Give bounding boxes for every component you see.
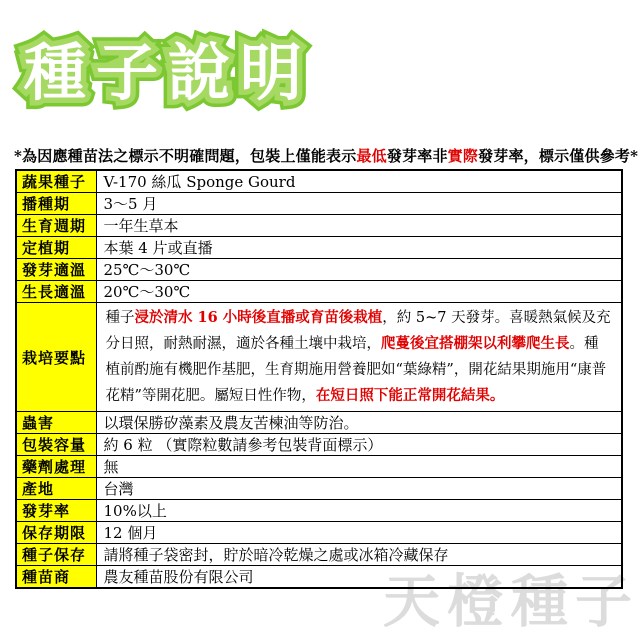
cultivation-highlight-shortday: 在短日照下能正常開花結果。 bbox=[316, 387, 505, 404]
row-value: 以環保勝矽藻素及農友苦楝油等防治。 bbox=[96, 412, 622, 434]
table-row-growth-cycle: 生育週期 一年生草本 bbox=[16, 215, 622, 237]
cultivation-highlight-trellis: 爬蔓後宜搭棚架以利攀爬生長 bbox=[381, 335, 570, 352]
table-row-germination-rate: 發芽率 10%以上 bbox=[16, 500, 622, 522]
row-label: 播種期 bbox=[16, 193, 96, 215]
table-row-seed-company: 種苗商 農友種苗股份有限公司 bbox=[16, 566, 622, 589]
row-label: 蔬果種子 bbox=[16, 170, 96, 193]
row-label: 生長適溫 bbox=[16, 281, 96, 303]
row-label: 生育週期 bbox=[16, 215, 96, 237]
row-value: 本葉 4 片或直播 bbox=[96, 237, 622, 259]
table-row-sowing-period: 播種期 3～5 月 bbox=[16, 193, 622, 215]
table-row-seed-storage: 種子保存 請將種子袋密封，貯於暗冷乾燥之處或冰箱冷藏保存 bbox=[16, 544, 622, 566]
table-row-chemical-treatment: 藥劑處理 無 bbox=[16, 456, 622, 478]
row-value: 20℃～30℃ bbox=[96, 281, 622, 303]
row-value: 約 6 粒 （實際粒數請參考包裝背面標示） bbox=[96, 434, 622, 456]
table-row-germination-temp: 發芽適溫 25℃～30℃ bbox=[16, 259, 622, 281]
row-label: 種苗商 bbox=[16, 566, 96, 589]
row-label: 栽培要點 bbox=[16, 303, 96, 412]
row-value: 12 個月 bbox=[96, 522, 622, 544]
row-value: 25℃～30℃ bbox=[96, 259, 622, 281]
germination-notice: *為因應種苗法之標示不明確問題，包裝上僅能表示最低發芽率非實際發芽率，標示僅供參… bbox=[14, 146, 630, 167]
row-value: 3～5 月 bbox=[96, 193, 622, 215]
notice-text: 發芽率，標示僅供參考* bbox=[478, 147, 638, 165]
row-label: 發芽率 bbox=[16, 500, 96, 522]
table-row-shelf-life: 保存期限 12 個月 bbox=[16, 522, 622, 544]
row-label: 定植期 bbox=[16, 237, 96, 259]
table-row-vegetable-seed: 蔬果種子 V-170 絲瓜 Sponge Gourd bbox=[16, 170, 622, 193]
table-row-cultivation-points: 栽培要點 種子浸於清水 16 小時後直播或育苗後栽植，約 5~7 天發芽。喜暖熱… bbox=[16, 303, 622, 412]
notice-highlight-minimum: 最低 bbox=[356, 147, 386, 165]
row-value: 農友種苗股份有限公司 bbox=[96, 566, 622, 589]
row-value: 無 bbox=[96, 456, 622, 478]
table-row-origin: 產地 台灣 bbox=[16, 478, 622, 500]
row-value: 台灣 bbox=[96, 478, 622, 500]
page-title: 種子說明 種子說明 種子說明 bbox=[24, 30, 312, 116]
row-label: 藥劑處理 bbox=[16, 456, 96, 478]
row-value: 10%以上 bbox=[96, 500, 622, 522]
row-value: 請將種子袋密封，貯於暗冷乾燥之處或冰箱冷藏保存 bbox=[96, 544, 622, 566]
table-row-package-quantity: 包裝容量 約 6 粒 （實際粒數請參考包裝背面標示） bbox=[16, 434, 622, 456]
row-label: 蟲害 bbox=[16, 412, 96, 434]
notice-text: *為因應種苗法之標示不明確問題，包裝上僅能表示 bbox=[14, 147, 356, 165]
row-value: 一年生草本 bbox=[96, 215, 622, 237]
table-row-transplant-period: 定植期 本葉 4 片或直播 bbox=[16, 237, 622, 259]
page-title-text: 種子說明 bbox=[24, 36, 312, 109]
table-row-growing-temp: 生長適溫 20℃～30℃ bbox=[16, 281, 622, 303]
cultivation-text: 種子 bbox=[106, 310, 135, 326]
row-label: 種子保存 bbox=[16, 544, 96, 566]
page: { "title": "種子說明", "notice": { "pre": "*… bbox=[0, 0, 640, 640]
row-label: 保存期限 bbox=[16, 522, 96, 544]
cultivation-highlight-soak: 浸於清水 16 小時後直播或育苗後栽植 bbox=[135, 309, 383, 326]
row-value: V-170 絲瓜 Sponge Gourd bbox=[96, 170, 622, 193]
notice-text: 發芽率非 bbox=[387, 147, 448, 165]
row-value-cultivation: 種子浸於清水 16 小時後直播或育苗後栽植，約 5~7 天發芽。喜暖熱氣候及充分… bbox=[96, 303, 622, 412]
notice-highlight-actual: 實際 bbox=[448, 147, 478, 165]
table-row-pests: 蟲害 以環保勝矽藻素及農友苦楝油等防治。 bbox=[16, 412, 622, 434]
seed-info-table: 蔬果種子 V-170 絲瓜 Sponge Gourd 播種期 3～5 月 生育週… bbox=[15, 169, 623, 589]
row-label: 包裝容量 bbox=[16, 434, 96, 456]
row-label: 產地 bbox=[16, 478, 96, 500]
row-label: 發芽適溫 bbox=[16, 259, 96, 281]
